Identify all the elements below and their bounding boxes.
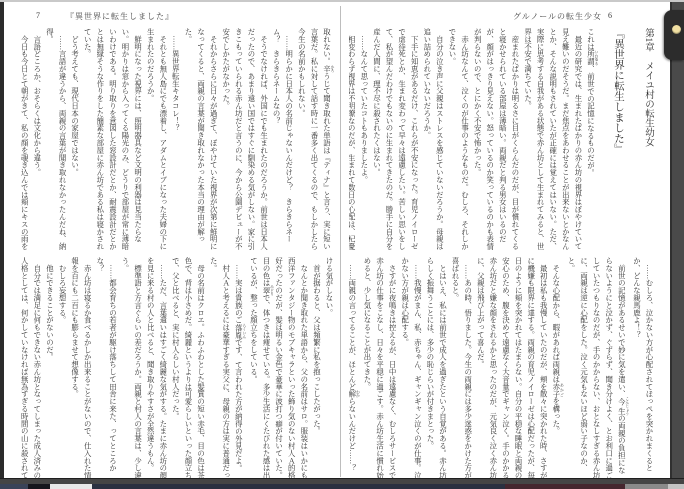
paragraph: ……言語が違うから、両親の言葉が聞き取れなかったんだね、納得。 <box>43 28 68 251</box>
taskbar-segment <box>668 484 684 489</box>
taskbar-segment <box>28 484 50 489</box>
paragraph: これは所謂いわゆる、前世での記憶になるものだが。 <box>584 28 599 251</box>
paragraph: ……明らかに日本人の名前じゃないんだけど？ きらきらネーム？ きらきらネームなの… <box>270 28 295 251</box>
paragraph: さすがに夜鳴きは控えるが、日中は遠慮なく、むしろサービスで赤ん坊の仕事をこなし、… <box>360 257 398 480</box>
paragraph: 母の名前はクロエ。ふわふわとした髪質の短い赤毛、目の色は茶色で、背は小さめだ。綺… <box>169 257 207 480</box>
paragraph: 標準語と方言ぐらいの差だろうか。両親と村人の言葉は、少し違う。 <box>118 257 143 480</box>
paragraph: ……あの時、悟りました。今生の両親には多少迷惑をかけた方が喜ばれると。 <box>449 257 474 480</box>
left-page-upper-band: 取れない。辛かろうじて聞き取れた単語は『ティナ』と言う、実に短い言葉だ。私に対し… <box>20 28 335 251</box>
paragraph: 最近の研究では、生まれたばかりの赤ん坊の視界はぼやけていて見え難いのだそうだ。ま… <box>521 28 584 251</box>
paragraph: 取れない。辛かろうじて聞き取れた単語は『ティナ』と言う、実に短い言葉だ。私に対し… <box>295 28 335 251</box>
right-page: グルノールの転生少女 6 第1章 メイユ村の転生幼女 『異世界に転生しました』 … <box>341 2 668 480</box>
paragraph: 鮮明になった視界には、照明器具など文明の利器は見当たらない。明かりは窓から入って… <box>81 28 144 251</box>
paragraph: ける気がしない。 <box>322 257 335 480</box>
paragraph: ……都会育ちの若者が駆け落ちして田舎に来た、ってところかな？ <box>93 257 118 480</box>
paragraph: そんな心配から、暇があれば両親は赤子あかごを構った。 <box>549 257 564 480</box>
paragraph: それからさらに日々が過ぎて、ぼやけていた視界が次第に鮮明になってくると、両親の言… <box>181 28 219 251</box>
paragraph: ……実は貴族のご落胤らくいんです、て言われた方が納得の外見だよ。 <box>232 257 247 480</box>
left-page: 7 『異世界に転生しました』 取れない。辛かろうじて聞き取れた単語は『ティナ』と… <box>4 2 340 480</box>
taskbar-segment <box>625 484 668 489</box>
paragraph: 赤ん坊なんて、泣くのが仕事のようなものだ。むしろ、それしかできない。 <box>445 28 470 251</box>
window-bottom-edge <box>0 478 684 489</box>
paragraph: 首が据わると、父は頻繁に私を抱っこしたがった。 <box>310 257 323 480</box>
right-running-title: グルノールの転生少女 <box>513 11 602 22</box>
paragraph: どう考えても、現代日本の家屋ではない。 <box>68 28 81 251</box>
section-title: 『異世界に転生しました』 <box>610 28 635 251</box>
paragraph: 前世の記憶があるせいで妙に気を遣い、今生こんじょうの両親の負担にならないようにと… <box>564 257 629 480</box>
right-page-header: グルノールの転生少女 6 <box>341 11 668 25</box>
taskbar-sliver <box>0 484 684 489</box>
ebook-reader-window: 7 『異世界に転生しました』 取れない。辛かろうじて聞き取れた単語は『ティナ』と… <box>0 0 684 489</box>
paragraph: 言語どころか、おそらくは文化から違う。 <box>30 28 43 251</box>
edge-tab-dot <box>672 25 681 34</box>
paragraph: 産まれたばかりは明るさに目がくらんだのだが、目が慣れてくると寝かせられている部屋… <box>471 28 521 251</box>
paragraph: そうでなければ、外国にでも生まれたのだろうか。前世は日本人だったので、あまり遠い… <box>219 28 269 251</box>
paragraph: 自分の泣き声に父親はストレスを感じていないだろうか。母親は追い詰められていないだ… <box>420 28 445 251</box>
chapter-heading: 第1章 メイユ村の転生幼女 <box>640 28 655 251</box>
paragraph: むしろ妄想する。 <box>55 257 68 480</box>
left-page-header: 7 『異世界に転生しました』 <box>4 11 340 25</box>
paragraph: 最初は私も我慢していたのだが、頬を散々に突かれた時、さすがに機嫌も限界に達する。… <box>474 257 550 480</box>
taskbar-segment <box>505 484 625 489</box>
paragraph: 他にできることがないのだ。 <box>43 257 56 480</box>
paragraph: 相変わらず視界は不明瞭なのだが、生まれて数日の心配は、杞憂に終わった。 <box>349 28 357 251</box>
left-running-title: 『異世界に転生しました』 <box>66 11 174 22</box>
paragraph: それとも無人島にでも漂着し、アダムとイブになった夫婦の下に生まれたのだろうか。 <box>144 28 169 251</box>
paragraph: ……両親の言ってることが、ほとんど解わからないんだけど……？ <box>349 257 360 480</box>
left-page-lower-band: ける気がしない。 首が据わると、父は頻繁に私を抱っこしたがった。 なんとか聞き取… <box>20 257 335 480</box>
right-page-lower-band: ……むしろ、泣かない方が心配されてほっぺを突かれまくるとか、どんな親馬鹿よ！？ … <box>349 257 655 480</box>
taskbar-segment <box>0 484 28 489</box>
right-page-number: 6 <box>608 11 613 20</box>
paragraph: 下手に知恵があるだけ、これらが不安になった。育児ノイローゼで虐待死とか、生まれ変… <box>370 28 420 251</box>
edge-tab-handle[interactable] <box>664 10 684 60</box>
taskbar-segment <box>50 484 92 489</box>
paragraph: なんとか聞き取れた単語から、父の名前はサロ。服装はいかにも西洋ファンタジー物のモ… <box>247 257 310 480</box>
left-page-number: 7 <box>36 11 41 20</box>
paragraph: 今日も今日とて朝がきて、私の顔を覗き込んでは頬にキスの雨を降らせる両親を見上げ、… <box>20 28 30 251</box>
paragraph: 村人Ａと考えるには豪華すぎる実父に、母親の方は実に普通だった。 <box>207 257 232 480</box>
paragraph: とはいえ、私には前世で成人を過ぎたという自覚がある。赤ん坊らしく振舞うことには、… <box>423 257 448 480</box>
taskbar-segment <box>92 484 505 489</box>
paragraph: ……なんて思っていたコトもありましたよ。 <box>357 28 370 251</box>
paragraph: ……ただ、言葉遣いはすごく綺麗な気がする。たまに赤ん坊の顔を見に来る村の人と比べ… <box>144 257 169 480</box>
right-page-upper-band: 第1章 メイユ村の転生幼女 『異世界に転生しました』 これは所謂いわゆる、前世で… <box>349 28 655 251</box>
right-edge-scroll-strip[interactable] <box>670 2 684 478</box>
paragraph: 自分では満足に何もできない赤ん坊となってしまった成人済みの人格としては、何かして… <box>20 257 43 480</box>
paragraph: ……むしろ、泣かない方が心配されてほっぺを突かれまくるとか、どんな親馬鹿よ！？ <box>630 257 655 480</box>
paragraph: ……異世界転生キタコレ！？ <box>169 28 182 251</box>
paragraph: ……我慢がまん、私、赤ちゃん、ギャンギャン泣くのが仕事。泣かない方が親は心配する… <box>398 257 423 480</box>
paragraph: 赤ん坊は寝るか食べるかしか出来ることがないので、仕入れた情報を百にも二百にも膨ら… <box>68 257 93 480</box>
